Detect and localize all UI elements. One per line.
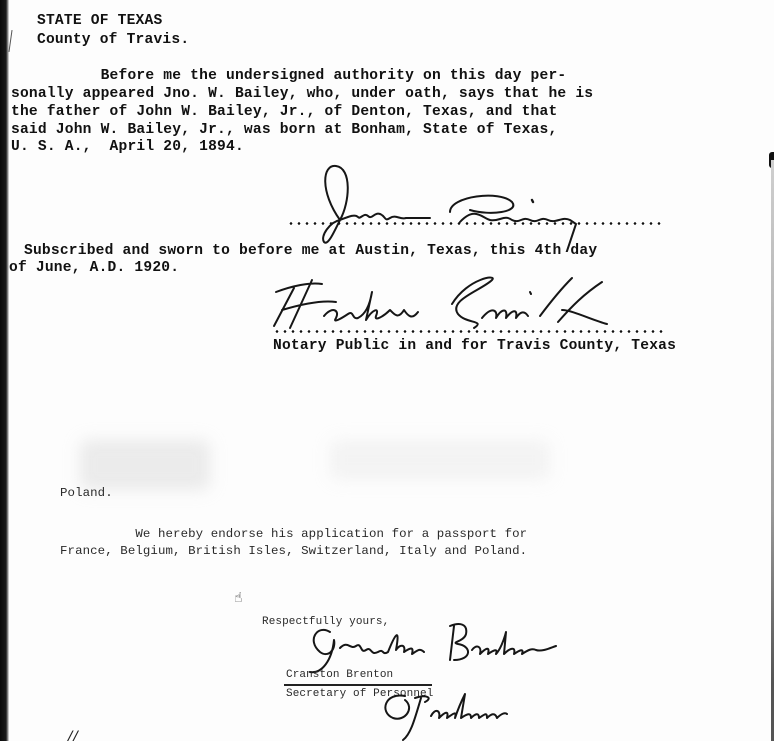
jurat-line: Subscribed and sworn to before me at Aus…	[24, 242, 597, 260]
signer-name: Cranston Brenton	[286, 667, 393, 684]
notary-signature	[262, 270, 622, 332]
affidavit-line: said John W. Bailey, Jr., was born at Bo…	[11, 121, 557, 139]
notary-title: Notary Public in and for Travis County, …	[273, 337, 676, 355]
scanned-document-page: STATE OF TEXAS County of Travis. Before …	[0, 0, 774, 741]
scan-mark	[8, 30, 12, 52]
endorsement-line: France, Belgium, British Isles, Switzerl…	[60, 543, 527, 560]
affidavit-line: sonally appeared Jno. W. Bailey, who, un…	[11, 85, 593, 103]
endorsement-fragment: Poland.	[60, 485, 113, 502]
paper-smudge	[80, 440, 210, 490]
pencil-mark: //	[67, 727, 78, 741]
affiant-signature	[300, 162, 620, 252]
affidavit-line: U. S. A., April 20, 1894.	[11, 138, 244, 156]
affidavit-line: Before me the undersigned authority on t…	[11, 67, 566, 85]
notary-signature-line	[273, 330, 663, 333]
endorsement-line: We hereby endorse his application for a …	[60, 526, 527, 543]
county-heading: County of Travis.	[37, 31, 189, 49]
hand-cursor-icon: ☝	[234, 591, 243, 605]
state-heading: STATE OF TEXAS	[37, 12, 162, 30]
affidavit-line: the father of John W. Bailey, Jr., of De…	[11, 103, 557, 121]
paper-smudge	[330, 440, 550, 480]
scan-left-edge	[0, 0, 9, 741]
second-signature	[375, 688, 535, 741]
jurat-line: of June, A.D. 1920.	[9, 259, 179, 277]
